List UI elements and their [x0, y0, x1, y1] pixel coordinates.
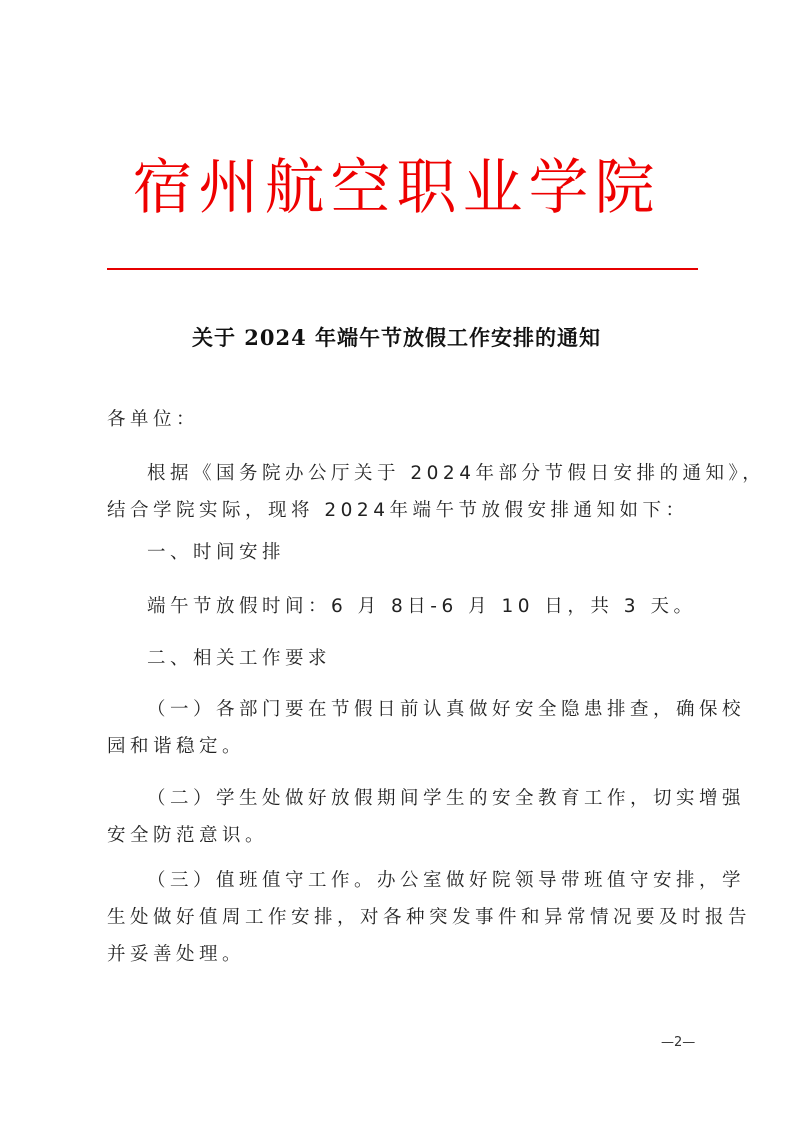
item-3-line-2: 生处做好值周工作安排，对各种突发事件和异常情况要及时报告 — [107, 902, 702, 933]
red-divider-rule — [107, 268, 698, 270]
intro-line-2: 结合学院实际，现将 2024年端午节放假安排通知如下： — [107, 495, 702, 526]
section-1-heading: 一、时间安排 — [107, 537, 742, 568]
institution-header: 宿州航空职业学院 — [0, 148, 793, 228]
page-number: —2— — [661, 1035, 695, 1050]
item-1-line-1: （一）各部门要在节假日前认真做好安全隐患排查，确保校 — [107, 694, 742, 725]
item-2-line-2: 安全防范意识。 — [107, 820, 702, 851]
salutation: 各单位： — [107, 404, 702, 435]
item-3-line-1: （三）值班值守工作。办公室做好院领导带班值守安排，学 — [107, 865, 742, 896]
document-title: 关于 2024 年端午节放假工作安排的通知 — [0, 322, 793, 352]
section-2-heading: 二、相关工作要求 — [107, 643, 742, 674]
item-1-line-2: 园和谐稳定。 — [107, 731, 702, 762]
intro-line-1: 根据《国务院办公厅关于 2024年部分节假日安排的通知》， — [107, 458, 742, 489]
section-1-text: 端午节放假时间：6 月 8日-6 月 10 日，共 3 天。 — [107, 591, 742, 622]
item-3-line-3: 并妥善处理。 — [107, 939, 702, 970]
item-2-line-1: （二）学生处做好放假期间学生的安全教育工作，切实增强 — [107, 783, 742, 814]
